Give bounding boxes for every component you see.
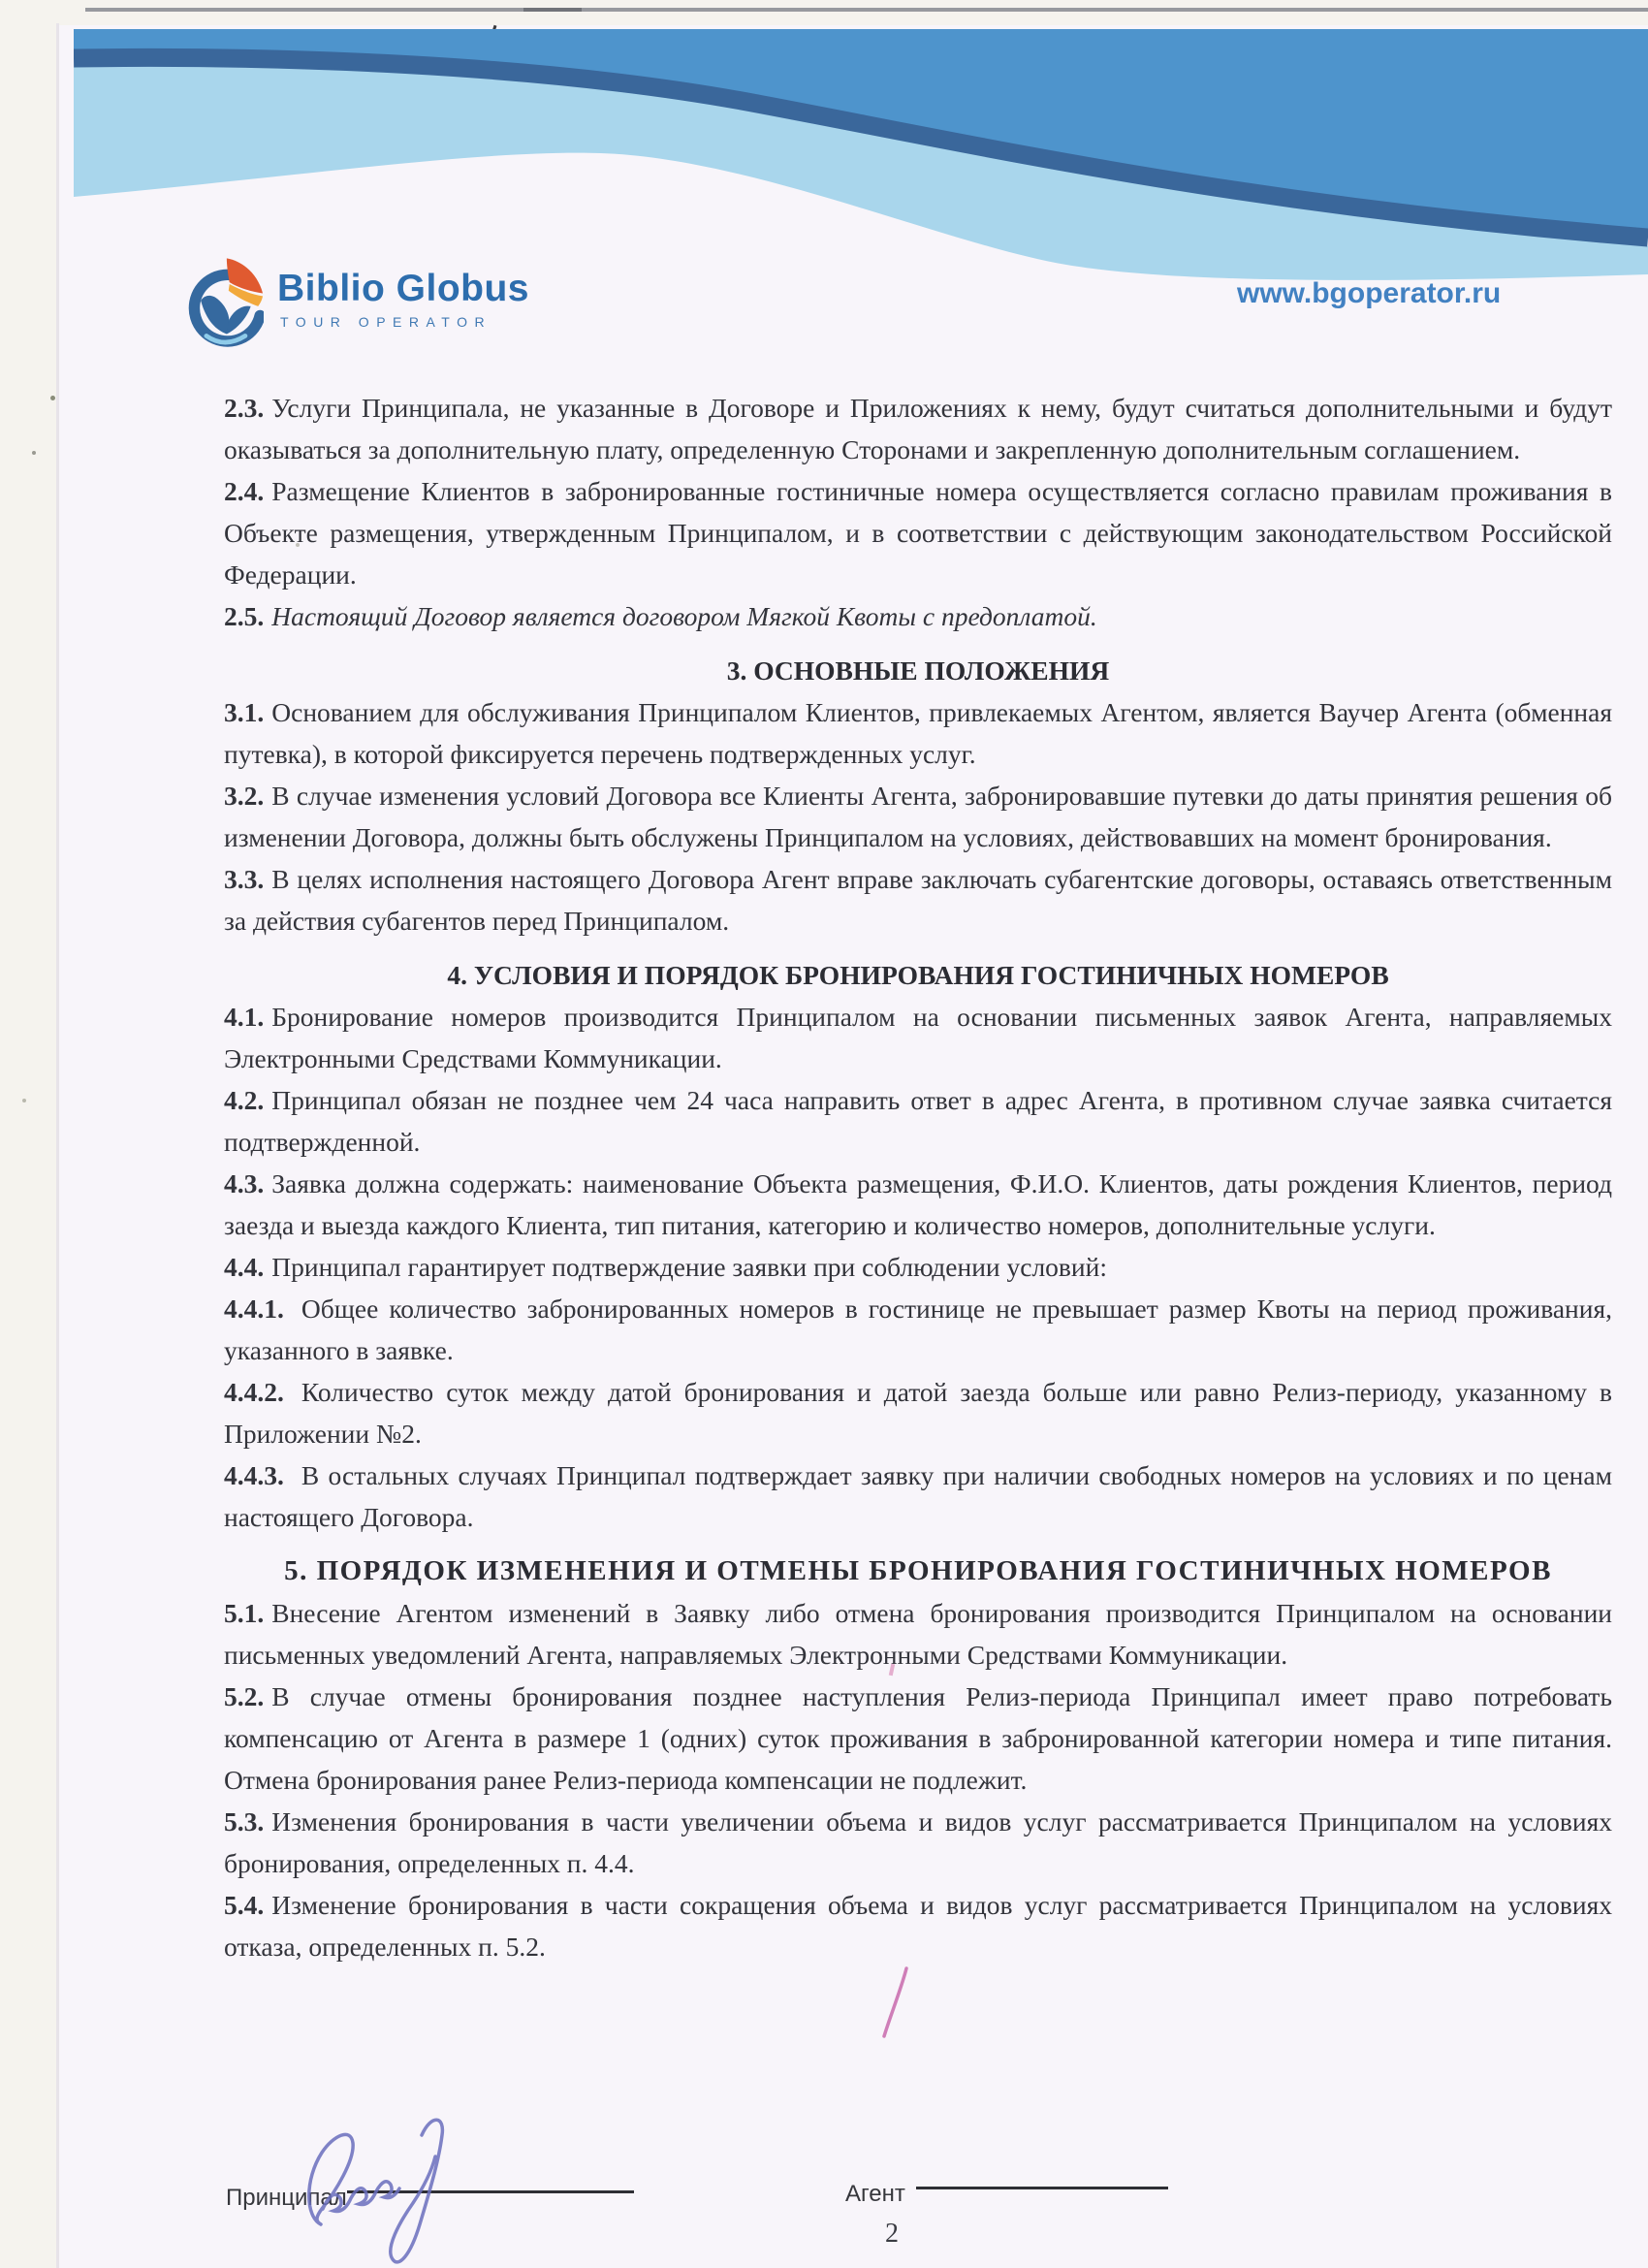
contract-text-body: 2.3.Услуги Принципала, не указанные в До… <box>224 387 1612 1967</box>
paragraph-number: 4.4.1. <box>224 1294 301 1324</box>
paragraph-text: В целях исполнения настоящего Договора А… <box>224 864 1612 936</box>
paragraph-text: Заявка должна содержать: наименование Об… <box>224 1168 1612 1240</box>
paragraph-number: 5.1. <box>224 1598 271 1628</box>
biblio-globus-logo-icon <box>184 256 264 353</box>
paragraph-text: Основанием для обслуживания Принципалом … <box>224 697 1612 769</box>
paragraph-text: Принципал гарантирует подтверждение заяв… <box>271 1252 1107 1282</box>
contract-paragraph: 3.3.В целях исполнения настоящего Догово… <box>224 858 1612 942</box>
paper-edge-shadow <box>56 23 59 2268</box>
biblio-globus-logo: Biblio Globus TOUR OPERATOR <box>184 256 591 353</box>
handwritten-signature <box>274 2106 507 2268</box>
scan-speck <box>32 451 36 455</box>
contract-paragraph: 4.4.3.В остальных случаях Принципал подт… <box>224 1454 1612 1538</box>
contract-paragraph: 2.5.Настоящий Договор является договором… <box>224 595 1612 637</box>
paragraph-text: В случае отмены бронирования позднее нас… <box>224 1681 1612 1795</box>
contract-paragraph: 4.4.2.Количество суток между датой брони… <box>224 1371 1612 1454</box>
paragraph-text: Изменения бронирования в части увеличени… <box>224 1806 1612 1878</box>
paragraph-number: 4.4. <box>224 1252 271 1282</box>
paragraph-number: 5.4. <box>224 1890 271 1920</box>
paragraph-number: 5.3. <box>224 1806 271 1837</box>
contract-paragraph: 5.1.Внесение Агентом изменений в Заявку … <box>224 1592 1612 1676</box>
contract-paragraph: 3.1.Основанием для обслуживания Принципа… <box>224 691 1612 775</box>
paragraph-number: 2.4. <box>224 476 271 506</box>
contract-paragraph: 5.4.Изменение бронирования в части сокра… <box>224 1884 1612 1967</box>
pen-mark <box>872 1964 916 2041</box>
paragraph-text: В остальных случаях Принципал подтвержда… <box>224 1460 1612 1532</box>
paragraph-number: 2.3. <box>224 393 271 423</box>
contract-paragraph: 5.3.Изменения бронирования в части увели… <box>224 1801 1612 1884</box>
contract-paragraph: 2.3.Услуги Принципала, не указанные в До… <box>224 387 1612 470</box>
paragraph-number: 4.2. <box>224 1085 271 1115</box>
paragraph-number: 4.3. <box>224 1168 271 1198</box>
paragraph-text: Размещение Клиентов в забронированные го… <box>224 476 1612 590</box>
paragraph-number: 4.4.2. <box>224 1377 301 1407</box>
scan-edge-left <box>0 0 56 2268</box>
paragraph-text: Услуги Принципала, не указанные в Догово… <box>224 393 1612 464</box>
scan-speck <box>22 1099 26 1102</box>
paragraph-text: Бронирование номеров производится Принци… <box>224 1002 1612 1073</box>
paragraph-text: Изменение бронирования в части сокращени… <box>224 1890 1612 1962</box>
paragraph-text: Настоящий Договор является договором Мяг… <box>271 601 1096 631</box>
paragraph-text: Общее количество забронированных номеров… <box>224 1294 1612 1365</box>
contract-paragraph: 4.4.Принципал гарантирует подтверждение … <box>224 1246 1612 1288</box>
contract-paragraph: 4.2.Принципал обязан не позднее чем 24 ч… <box>224 1079 1612 1163</box>
paragraph-number: 3.3. <box>224 864 271 894</box>
paragraph-number: 4.1. <box>224 1002 271 1032</box>
paragraph-text: В случае изменения условий Договора все … <box>224 781 1612 852</box>
scan-lid-line-segment <box>523 8 582 12</box>
contract-paragraph: 2.4.Размещение Клиентов в забронированны… <box>224 470 1612 595</box>
contract-paragraph: 4.4.1.Общее количество забронированных н… <box>224 1288 1612 1371</box>
brand-tagline: TOUR OPERATOR <box>280 314 587 330</box>
contract-paragraph: 4.1.Бронирование номеров производится Пр… <box>224 996 1612 1079</box>
section-heading: 5. ПОРЯДОК ИЗМЕНЕНИЯ И ОТМЕНЫ БРОНИРОВАН… <box>224 1550 1612 1592</box>
scanned-contract-page: Biblio Globus TOUR OPERATOR www.bgoperat… <box>0 0 1648 2268</box>
website-url: www.bgoperator.ru <box>1237 277 1501 310</box>
page-number: 2 <box>853 2219 931 2250</box>
contract-paragraph: 5.2.В случае отмены бронирования позднее… <box>224 1676 1612 1801</box>
scan-edge-top <box>0 0 1648 25</box>
paragraph-text: Внесение Агентом изменений в Заявку либо… <box>224 1598 1612 1670</box>
scan-lid-line <box>85 8 1648 12</box>
paragraph-number: 3.2. <box>224 781 271 811</box>
agent-signature-line <box>916 2187 1168 2189</box>
paragraph-text: Принципал обязан не позднее чем 24 часа … <box>224 1085 1612 1157</box>
brand-name: Biblio Globus <box>277 270 587 308</box>
paragraph-number: 5.2. <box>224 1681 271 1711</box>
paragraph-text: Количество суток между датой бронировани… <box>224 1377 1612 1449</box>
contract-paragraph: 3.2.В случае изменения условий Договора … <box>224 775 1612 858</box>
paragraph-number: 2.5. <box>224 601 271 631</box>
scan-speck <box>50 396 55 400</box>
section-heading: 3. ОСНОВНЫЕ ПОЛОЖЕНИЯ <box>224 650 1612 691</box>
agent-label: Агент <box>845 2181 905 2208</box>
paragraph-number: 4.4.3. <box>224 1460 301 1490</box>
letterhead-wave-graphic <box>74 29 1648 281</box>
section-heading: 4. УСЛОВИЯ И ПОРЯДОК БРОНИРОВАНИЯ ГОСТИН… <box>224 954 1612 996</box>
contract-paragraph: 4.3.Заявка должна содержать: наименовани… <box>224 1163 1612 1246</box>
paragraph-number: 3.1. <box>224 697 271 727</box>
